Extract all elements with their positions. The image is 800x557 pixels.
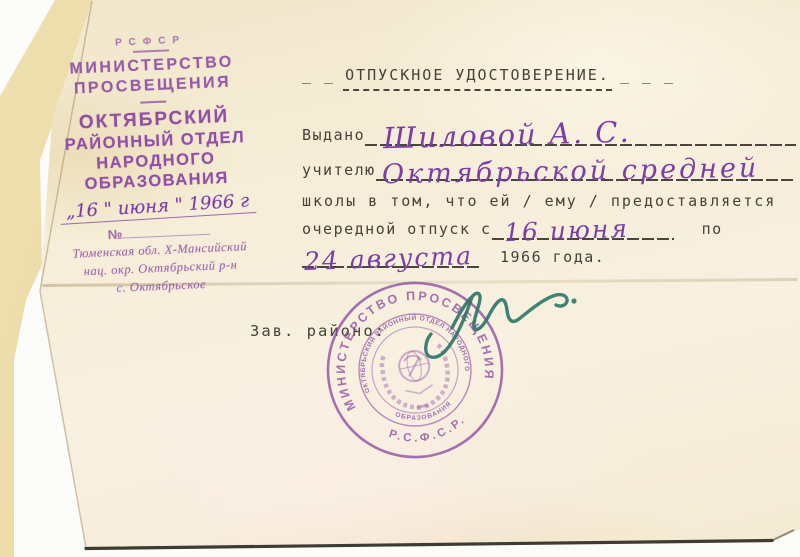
date-from-blank-line: 16 июня bbox=[492, 211, 674, 240]
date-to-blank-line: 24 августа bbox=[302, 239, 480, 268]
corner-stamp-divider2 bbox=[140, 100, 166, 103]
teacher-blank-line: Октябрьской средней bbox=[376, 150, 796, 181]
round-stamp: МИНИСТЕРСТВО ПРОСВЕЩЕНИЯ Р.С.Ф.С.Р. ОКТЯ… bbox=[303, 270, 527, 470]
vacation-label: очередной отпуск с bbox=[302, 218, 492, 240]
to-label: по bbox=[702, 218, 723, 240]
corner-stamp-divider bbox=[133, 49, 169, 53]
year-label: 1966 года. bbox=[500, 246, 605, 268]
body-text-line: школы в том, что ей / ему / предоставляе… bbox=[302, 192, 776, 210]
number-blank-line bbox=[122, 224, 210, 239]
vacation-row: очередной отпуск с 16 июня по bbox=[302, 212, 723, 240]
document-title: ОТПУСКНОЕ УДОСТОВЕРЕНИЕ. bbox=[343, 66, 612, 91]
document-title-row: _ _ОТПУСКНОЕ УДОСТОВЕРЕНИЕ._ _ _ bbox=[302, 66, 800, 91]
stamp-outer-top-text: МИНИСТЕРСТВО ПРОСВЕЩЕНИЯ bbox=[319, 274, 501, 414]
number-sign: № bbox=[107, 227, 122, 243]
stamp-inner-bottom-text: ОБРАЗОВАНИЯ bbox=[393, 399, 455, 427]
issued-label: Выдано bbox=[302, 124, 365, 146]
corner-stamp-date-handwritten: „16 " июня " 1966 г bbox=[60, 190, 257, 225]
teacher-label: учителю bbox=[302, 159, 376, 181]
title-trailing-dashes: _ _ _ bbox=[620, 66, 675, 84]
corner-stamp: РСФСР МИНИСТЕРСТВО ПРОСВЕЩЕНИЯ ОКТЯБРСКИ… bbox=[28, 31, 283, 299]
year-row: 24 августа 1966 года. bbox=[302, 240, 605, 268]
title-leading-dashes: _ _ bbox=[302, 66, 335, 84]
teacher-row: учителю Октябрьской средней bbox=[302, 149, 796, 181]
teacher-handwritten-school: Октябрьской средней bbox=[381, 153, 759, 191]
corner-stamp-date: „16 " июня " 1966 г bbox=[35, 191, 280, 225]
scanned-document: РСФСР МИНИСТЕРСТВО ПРОСВЕЩЕНИЯ ОКТЯБРСКИ… bbox=[0, 0, 800, 557]
issued-row: Выдано Шиловой А. С. bbox=[302, 114, 796, 146]
issued-blank-line: Шиловой А. С. bbox=[365, 112, 796, 146]
